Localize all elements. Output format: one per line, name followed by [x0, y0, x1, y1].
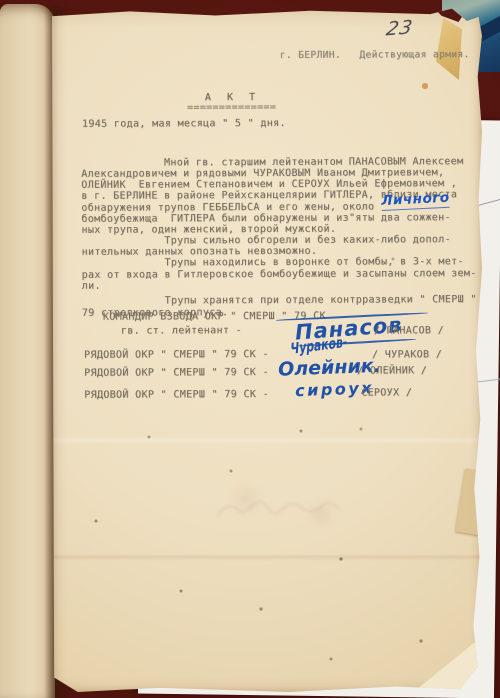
- typed-line: Трупы хранятся при отделе контрразведки …: [82, 294, 482, 307]
- typed-name-panasov: / ПАНАСОВ /: [374, 325, 444, 336]
- typed-line: Трупы сильно обгорели и без каких-либо д…: [81, 234, 481, 247]
- typed-name-oleynik: / ОЛЕЙНИК /: [357, 365, 427, 376]
- date-line: 1945 года, мая месяца " 5 " дня.: [82, 118, 286, 130]
- signer-label: РЯДОВОЙ ОКР " СМЕРШ " 79 СК -: [84, 367, 269, 379]
- document-page: 23 г. БЕРЛИН. Действующая армия. А К Т =…: [52, 8, 482, 694]
- header-location-line: г. БЕРЛИН. Действующая армия.: [280, 49, 470, 61]
- photo-of-document: 23 г. БЕРЛИН. Действующая армия. А К Т =…: [0, 0, 500, 698]
- commander-rank-line: гв. ст. лейтенант -: [121, 325, 242, 337]
- handwritten-page-number: 23: [384, 16, 414, 40]
- typed-line: бомбоубежища ГИТЛЕРА были обнаружены и и…: [81, 212, 481, 225]
- page-text: 23 г. БЕРЛИН. Действующая армия. А К Т =…: [51, 7, 484, 695]
- typed-name-seroukh: СЕРОУХ /: [361, 387, 412, 398]
- typed-name-churakov: / ЧУРАКОВ /: [372, 349, 442, 360]
- title-underline: ==============: [187, 102, 276, 113]
- body-text: Мной гв. старшим лейтенантом ПАНАСОВЫМ А…: [81, 156, 482, 318]
- commander-title-line: КОМАНДИР ВЗВОДА ОКР " СМЕРШ " 79 СК: [103, 311, 326, 323]
- signer-label: РЯДОВОЙ ОКР " СМЕРШ " 79 СК -: [84, 349, 269, 361]
- typed-line: ли.: [82, 279, 482, 292]
- handwritten-insert-lichnogo: Личного: [381, 190, 450, 211]
- signer-label: РЯДОВОЙ ОКР " СМЕРШ " 79 СК -: [84, 389, 269, 401]
- typed-line: рах от входа в Гитлеровское бомбоубежище…: [82, 268, 482, 281]
